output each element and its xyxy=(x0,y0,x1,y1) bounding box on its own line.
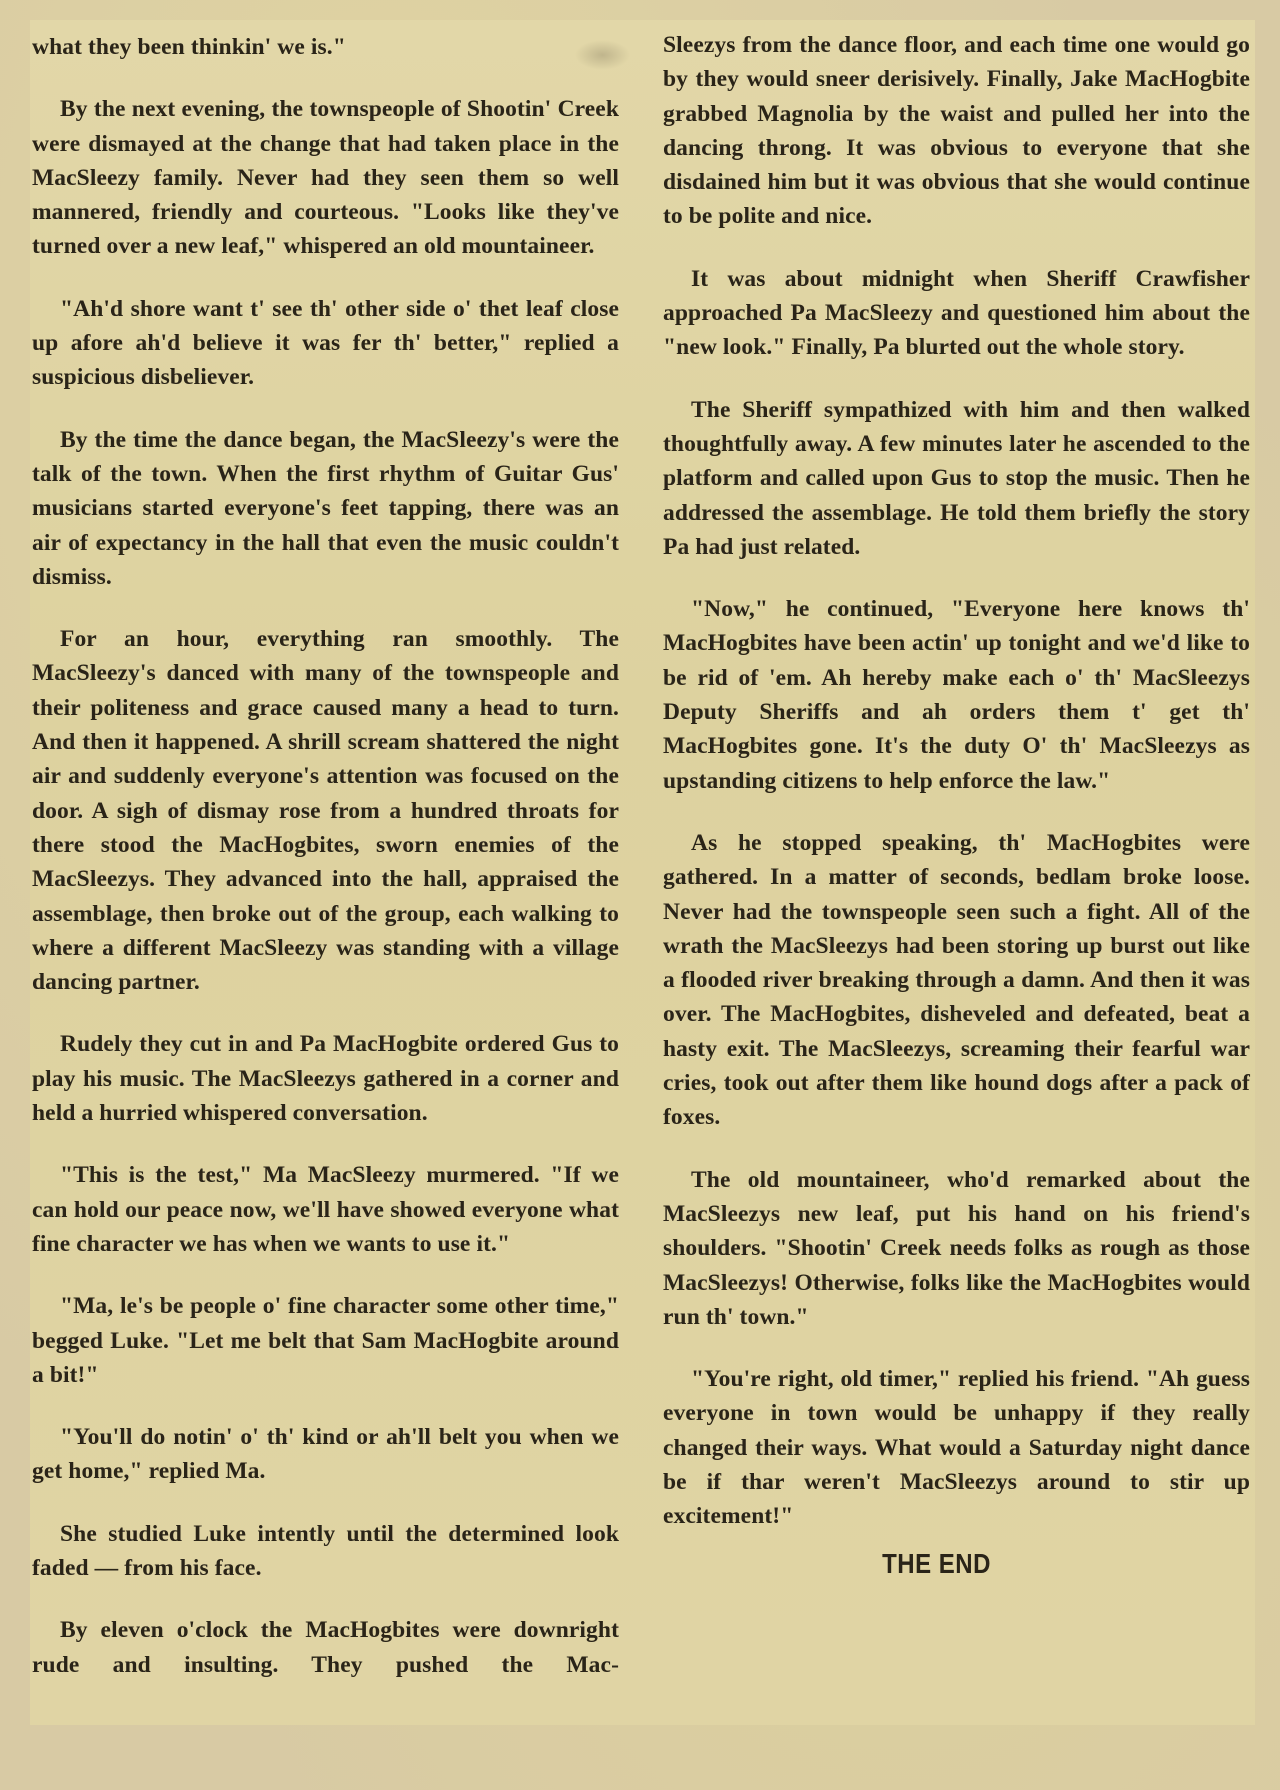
paragraph: Rudely they cut in and Pa MacHogbite ord… xyxy=(32,1027,619,1130)
paragraph: The Sheriff sympathized with him and the… xyxy=(663,393,1250,564)
paragraph: By eleven o'clock the MacHogbites were d… xyxy=(32,1613,619,1682)
paragraph: "Ma, le's be people o' fine character so… xyxy=(32,1289,619,1392)
paragraph: what they been thinkin' we is." xyxy=(32,30,619,64)
paragraph: By the next evening, the townspeople of … xyxy=(32,92,619,263)
paragraph: "This is the test," Ma MacSleezy murmere… xyxy=(32,1158,619,1261)
paragraph: "Ah'd shore want t' see th' other side o… xyxy=(32,292,619,395)
paragraph: "You'll do notin' o' th' kind or ah'll b… xyxy=(32,1420,619,1489)
paragraph: The old mountaineer, who'd remarked abou… xyxy=(663,1163,1250,1334)
paragraph: "Now," he continued, "Everyone here know… xyxy=(663,592,1250,798)
printed-page: what they been thinkin' we is." By the n… xyxy=(0,0,1280,1790)
paragraph: "You're right, old timer," replied his f… xyxy=(663,1362,1250,1533)
paragraph: It was about midnight when Sheriff Crawf… xyxy=(663,262,1250,365)
paragraph: Sleezys from the dance floor, and each t… xyxy=(663,28,1250,234)
paragraph: By the time the dance began, the MacSlee… xyxy=(32,423,619,594)
paragraph: For an hour, everything ran smoothly. Th… xyxy=(32,622,619,999)
paragraph: As he stopped speaking, th' MacHogbites … xyxy=(663,826,1250,1135)
the-end-heading: THE END xyxy=(663,1545,1250,1584)
paragraph: She studied Luke intently until the dete… xyxy=(32,1517,619,1586)
left-column: what they been thinkin' we is." By the n… xyxy=(32,30,619,1710)
right-column: Sleezys from the dance floor, and each t… xyxy=(663,28,1250,1610)
